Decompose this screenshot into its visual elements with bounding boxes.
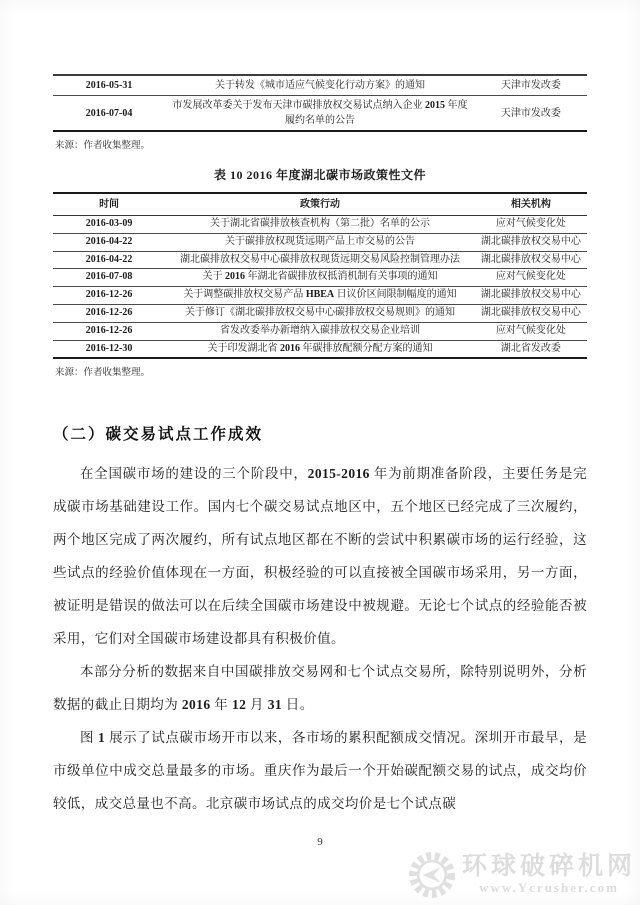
cell-agency: 应对气候变化处 [475,216,587,234]
continuation-table-body: 2016-05-31关于转发《城市适应气候变化行动方案》的通知天津市发改委201… [53,75,587,131]
paragraph: 在全国碳市场的建设的三个阶段中，2015-2016 年为前期准备阶段，主要任务是… [53,457,587,655]
section-heading: （二）碳交易试点工作成效 [53,422,587,444]
page-number: 9 [0,836,640,848]
cell-action: 关于调整碳排放权交易产品 HBEA 日议价区间限制幅度的通知 [165,287,475,305]
cell-date: 2016-12-26 [53,304,165,322]
cell-agency: 湖北碳排放权交易中心 [475,251,587,269]
cell-date: 2016-04-22 [53,233,165,251]
section-paragraphs: 在全国碳市场的建设的三个阶段中，2015-2016 年为前期准备阶段，主要任务是… [53,457,587,820]
table-row: 2016-04-22关于碳排放权现货远期产品上市交易的公告湖北碳排放权交易中心 [53,233,587,251]
cell-action: 关于转发《城市适应气候变化行动方案》的通知 [165,75,475,96]
cell-action: 关于碳排放权现货远期产品上市交易的公告 [165,233,475,251]
paragraph: 本部分分析的数据来自中国碳排放交易网和七个试点交易所，除特别说明外，分析数据的截… [53,655,587,721]
source-note: 来源：作者收集整理。 [53,137,587,151]
table-row: 2016-12-26关于调整碳排放权交易产品 HBEA 日议价区间限制幅度的通知… [53,287,587,305]
continuation-table: 2016-05-31关于转发《城市适应气候变化行动方案》的通知天津市发改委201… [53,74,587,132]
watermark: 环球破碎机网 www.Ycrusher.com [406,849,636,901]
cell-action: 关于修订《湖北碳排放权交易中心碳排放权交易规则》的通知 [165,304,475,322]
cell-date: 2016-12-26 [53,322,165,340]
column-header: 政策行动 [165,193,475,216]
table-row: 2016-07-08关于 2016 年湖北省碳排放权抵消机制有关事项的通知应对气… [53,269,587,287]
table-row: 2016-07-04市发展改革委关于发布天津市碳排放权交易试点纳入企业 2015… [53,96,587,132]
cell-agency: 应对气候变化处 [475,269,587,287]
watermark-text: 环球破碎机网 www.Ycrusher.com [462,854,636,896]
cell-agency: 湖北碳排放权交易中心 [475,304,587,322]
column-header: 时间 [53,193,165,216]
cell-agency: 应对气候变化处 [475,322,587,340]
watermark-url: www.Ycrusher.com [479,880,619,896]
document-page: 2016-05-31关于转发《城市适应气候变化行动方案》的通知天津市发改委201… [0,0,640,905]
cell-action: 关于 2016 年湖北省碳排放权抵消机制有关事项的通知 [165,269,475,287]
cell-date: 2016-12-30 [53,340,165,358]
table-row: 2016-05-31关于转发《城市适应气候变化行动方案》的通知天津市发改委 [53,75,587,96]
cell-date: 2016-04-22 [53,251,165,269]
cell-agency: 湖北省发改委 [475,340,587,358]
source-note: 来源：作者收集整理。 [53,364,587,378]
column-header: 相关机构 [475,193,587,216]
table-row: 2016-03-09关于湖北省碳排放核查机构（第二批）名单的公示应对气候变化处 [53,216,587,234]
cell-agency: 天津市发改委 [475,96,587,132]
cell-agency: 湖北碳排放权交易中心 [475,233,587,251]
table-title: 表 10 2016 年度湖北碳市场政策性文件 [53,166,587,183]
cell-action: 省发改委举办新增纳入碳排放权交易企业培训 [165,322,475,340]
table-row: 2016-12-30关于印发湖北省 2016 年碳排放配额分配方案的通知湖北省发… [53,340,587,358]
gear-arrow-icon [406,849,458,901]
cell-action: 湖北碳排放权交易中心碳排放权现货远期交易风险控制管理办法 [165,251,475,269]
page-content: 2016-05-31关于转发《城市适应气候变化行动方案》的通知天津市发改委201… [0,74,640,820]
cell-date: 2016-03-09 [53,216,165,234]
policy-table-header-row: 时间政策行动相关机构 [53,193,587,216]
policy-table: 时间政策行动相关机构 2016-03-09关于湖北省碳排放核查机构（第二批）名单… [53,192,587,359]
cell-agency: 湖北碳排放权交易中心 [475,287,587,305]
cell-date: 2016-05-31 [53,75,165,96]
cell-action: 关于印发湖北省 2016 年碳排放配额分配方案的通知 [165,340,475,358]
table-row: 2016-04-22湖北碳排放权交易中心碳排放权现货远期交易风险控制管理办法湖北… [53,251,587,269]
cell-date: 2016-07-08 [53,269,165,287]
cell-date: 2016-12-26 [53,287,165,305]
table-row: 2016-12-26关于修订《湖北碳排放权交易中心碳排放权交易规则》的通知湖北碳… [53,304,587,322]
cell-action: 关于湖北省碳排放核查机构（第二批）名单的公示 [165,216,475,234]
policy-table-body: 2016-03-09关于湖北省碳排放核查机构（第二批）名单的公示应对气候变化处2… [53,216,587,359]
paragraph: 图 1 展示了试点碳市场开市以来，各市场的累积配额成交情况。深圳开市最早，是市级… [53,721,587,820]
watermark-site-name: 环球破碎机网 [462,854,636,880]
cell-action: 市发展改革委关于发布天津市碳排放权交易试点纳入企业 2015 年度履约名单的公告 [165,96,475,132]
cell-agency: 天津市发改委 [475,75,587,96]
cell-date: 2016-07-04 [53,96,165,132]
table-row: 2016-12-26省发改委举办新增纳入碳排放权交易企业培训应对气候变化处 [53,322,587,340]
